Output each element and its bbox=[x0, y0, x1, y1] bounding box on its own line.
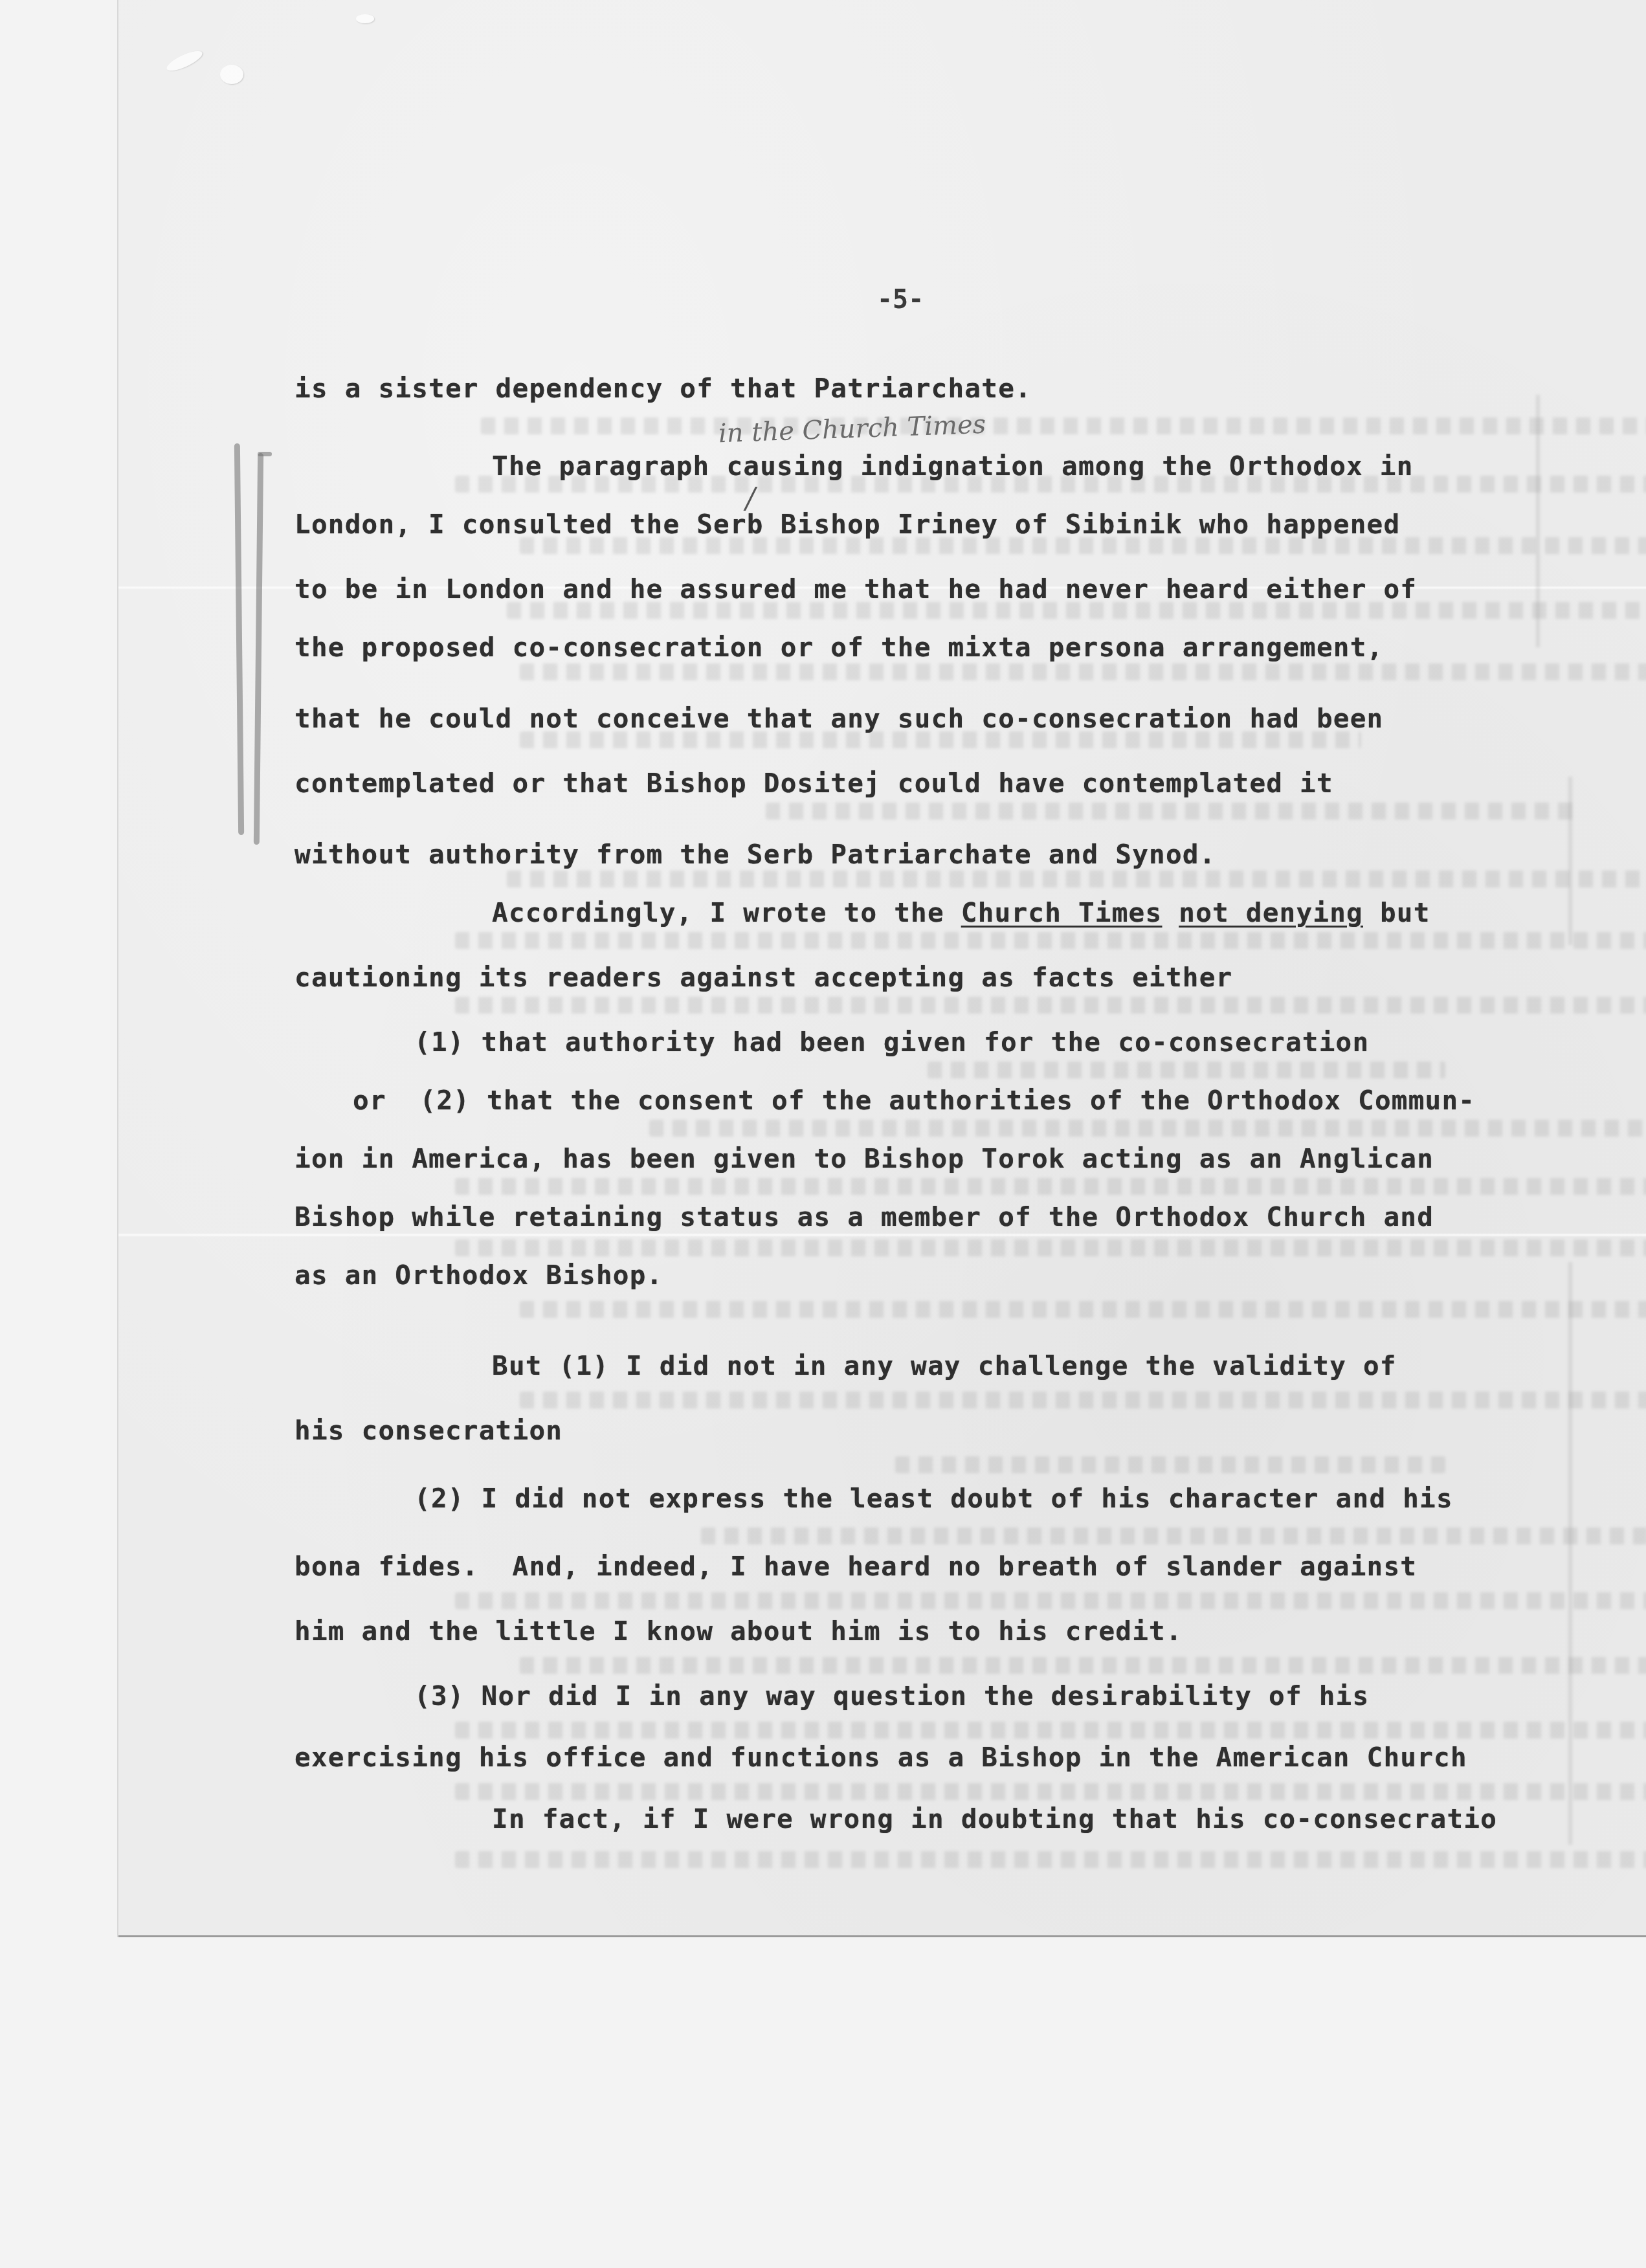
page-number: -5- bbox=[877, 285, 924, 315]
text-line: Accordingly, I wrote to the Church Times… bbox=[492, 896, 1430, 929]
text-line: (2) I did not express the least doubt of… bbox=[414, 1482, 1453, 1515]
underlined-not-denying: not denying bbox=[1179, 897, 1363, 928]
text-line: (3) Nor did I in any way question the de… bbox=[414, 1680, 1369, 1712]
pencil-margin-hook bbox=[258, 452, 272, 456]
paper-scuff-mark bbox=[356, 14, 374, 23]
text-line: or (2) that the consent of the authoriti… bbox=[353, 1084, 1475, 1117]
text-line: ion in America, has been given to Bishop… bbox=[295, 1142, 1434, 1175]
text-line: is a sister dependency of that Patriarch… bbox=[295, 372, 1032, 405]
paper-scuff-mark bbox=[220, 65, 243, 84]
text-line: that he could not conceive that any such… bbox=[295, 702, 1383, 735]
text-line: his consecration bbox=[295, 1414, 562, 1447]
text-segment: Accordingly, I wrote to the bbox=[492, 897, 961, 928]
text-line: contemplated or that Bishop Dositej coul… bbox=[295, 767, 1333, 799]
text-line: to be in London and he assured me that h… bbox=[295, 573, 1417, 605]
text-line: the proposed co-consecration or of the m… bbox=[295, 631, 1383, 663]
text-line: But (1) I did not in any way challenge t… bbox=[492, 1350, 1397, 1382]
text-segment: but bbox=[1363, 897, 1430, 928]
underlined-church-times: Church Times bbox=[961, 897, 1162, 928]
text-line: Bishop while retaining status as a membe… bbox=[295, 1201, 1434, 1233]
text-line: him and the little I know about him is t… bbox=[295, 1615, 1183, 1647]
text-line: cautioning its readers against accepting… bbox=[295, 961, 1233, 994]
text-line: The paragraph causing indignation among … bbox=[492, 450, 1414, 482]
text-line: as an Orthodox Bishop. bbox=[295, 1259, 663, 1291]
text-line: (1) that authority had been given for th… bbox=[414, 1026, 1369, 1058]
text-line: In fact, if I were wrong in doubting tha… bbox=[492, 1803, 1497, 1835]
text-line: London, I consulted the Serb Bishop Irin… bbox=[295, 508, 1400, 540]
text-segment bbox=[1162, 897, 1179, 928]
text-line: without authority from the Serb Patriarc… bbox=[295, 838, 1216, 871]
text-line: bona fides. And, indeed, I have heard no… bbox=[295, 1550, 1417, 1583]
paper-fold-crease bbox=[118, 1233, 1646, 1237]
text-line: exercising his office and functions as a… bbox=[295, 1741, 1467, 1773]
